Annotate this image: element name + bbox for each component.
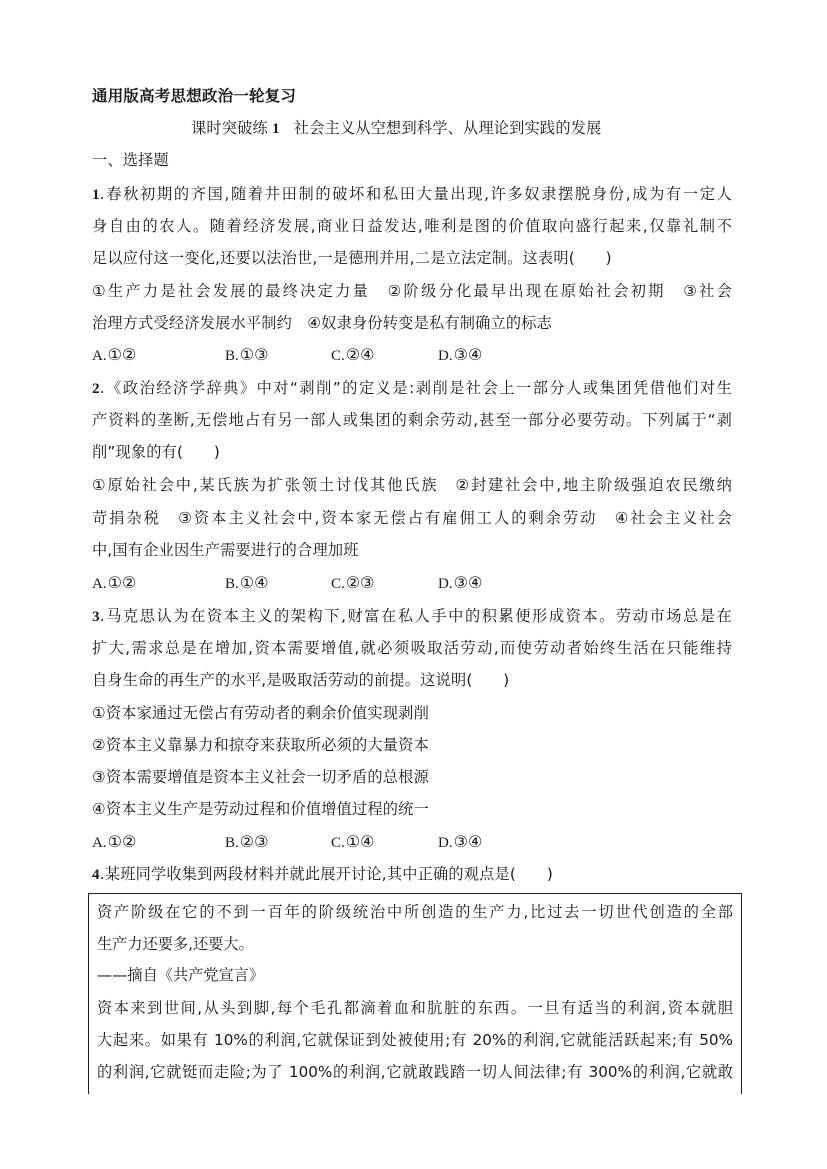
document-page: 通用版高考思想政治一轮复习 课时突破练1社会主义从空想到科学、从理论到实践的发展… <box>0 0 827 1169</box>
lesson-title: 课时突破练1社会主义从空想到科学、从理论到实践的发展 <box>191 118 601 139</box>
section-heading: 一、选择题 <box>92 150 169 170</box>
q1-option-c[interactable]: C.②④ <box>331 345 374 366</box>
lesson-prefix: 课时突破练 <box>191 119 268 137</box>
lesson-title-text: 社会主义从空想到科学、从理论到实践的发展 <box>294 119 602 137</box>
q2-options: A.①② B.①④ C.②③ D.③④ <box>92 573 652 593</box>
q1-stem-line-2: 身自由的农人。随着经济发展,商业日益发达,唯利是图的价值取向盛行起来,仅靠礼制不 <box>92 216 732 236</box>
material-line-2: 生产力还要多,还要大。 <box>97 934 254 954</box>
q4-number: 4 <box>92 866 100 883</box>
q3-statement-1: ①资本家通过无偿占有劳动者的剩余价值实现剥削 <box>92 703 429 723</box>
q2-stem-line-3: 削”现象的有( ) <box>92 442 220 462</box>
q2-option-c[interactable]: C.②③ <box>331 573 374 594</box>
q1-number: 1 <box>92 186 100 203</box>
q3-option-c[interactable]: C.①④ <box>331 832 374 853</box>
q1-stem-line-3: 足以应付这一变化,还要以法治世,一是德刑并用,二是立法定制。这表明( ) <box>92 248 612 268</box>
q3-statement-3: ③资本需要增值是资本主义社会一切矛盾的总根源 <box>92 767 429 787</box>
q1-option-a[interactable]: A.①② <box>92 345 136 366</box>
material-line-5: 大起来。如果有 10%的利润,它就保证到处被使用;有 20%的利润,它就能活跃起… <box>97 1030 733 1050</box>
q3-statement-4: ④资本主义生产是劳动过程和价值增值过程的统一 <box>92 799 429 819</box>
q1-statement-line-2: 治理方式受经济发展水平制约 ④奴隶身份转变是私有制确立的标志 <box>92 313 552 333</box>
q2-number: 2 <box>92 380 100 397</box>
q3-statement-2: ②资本主义靠暴力和掠夺来获取所必须的大量资本 <box>92 735 429 755</box>
q3-options: A.①② B.②③ C.①④ D.③④ <box>92 832 652 852</box>
q3-stem-line-1: 3.马克思认为在资本主义的架构下,财富在私人手中的积累便形成资本。劳动市场总是在 <box>92 606 732 627</box>
q1-options: A.①② B.①③ C.②④ D.③④ <box>92 345 652 365</box>
q2-statement-line-3: 中,国有企业因生产需要进行的合理加班 <box>92 540 359 560</box>
q3-stem-line-3: 自身生命的再生产的水平,是吸取活劳动的前提。这说明( ) <box>92 670 509 690</box>
document-heading: 通用版高考思想政治一轮复习 <box>92 86 296 106</box>
q1-option-d[interactable]: D.③④ <box>438 345 482 366</box>
q2-option-a[interactable]: A.①② <box>92 573 136 594</box>
q1-stem-line-1: 1.春秋初期的齐国,随着井田制的破坏和私田大量出现,许多奴隶摆脱身份,成为有一定… <box>92 184 732 205</box>
material-line-1: 资产阶级在它的不到一百年的阶级统治中所创造的生产力,比过去一切世代创造的全部 <box>97 902 733 922</box>
q2-stem-line-2: 产资料的垄断,无偿地占有另一部人或集团的剩余劳动,甚至一部分必要劳动。下列属于“… <box>92 410 732 430</box>
q3-stem-line-2: 扩大,需求总是在增加,资本需要增值,就必须吸取活劳动,而使劳动者始终生活在只能维… <box>92 638 732 658</box>
q2-stem-line-1: 2.《政治经济学辞典》中对“剥削”的定义是:剥削是社会上一部分人或集团凭借他们对… <box>92 378 732 399</box>
q3-option-b[interactable]: B.②③ <box>225 832 268 853</box>
material-source: ——摘自《共产党宣言》 <box>97 965 264 985</box>
material-line-6: 的利润,它就铤而走险;为了 100%的利润,它就敢践踏一切人间法律;有 300%… <box>97 1062 733 1082</box>
lesson-number: 1 <box>272 120 280 137</box>
q1-statement-line-1: ①生产力是社会发展的最终决定力量 ②阶级分化最早出现在原始社会初期 ③社会 <box>92 281 732 301</box>
q4-stem-line-1: 4.某班同学收集到两段材料并就此展开讨论,其中正确的观点是( ) <box>92 864 553 885</box>
q3-number: 3 <box>92 608 100 625</box>
q2-option-b[interactable]: B.①④ <box>225 573 268 594</box>
q2-statement-line-2: 苛捐杂税 ③资本主义社会中,资本家无偿占有雇佣工人的剩余劳动 ④社会主义社会 <box>92 508 732 528</box>
q3-option-a[interactable]: A.①② <box>92 832 136 853</box>
q2-option-d[interactable]: D.③④ <box>438 573 482 594</box>
q1-option-b[interactable]: B.①③ <box>225 345 268 366</box>
q3-option-d[interactable]: D.③④ <box>438 832 482 853</box>
q4-material-box: 资产阶级在它的不到一百年的阶级统治中所创造的生产力,比过去一切世代创造的全部 生… <box>88 893 742 1094</box>
q2-statement-line-1: ①原始社会中,某氏族为扩张领土讨伐其他氏族 ②封建社会中,地主阶级强迫农民缴纳 <box>92 475 732 495</box>
material-line-4: 资本来到世间,从头到脚,每个毛孔都滴着血和肮脏的东西。一旦有适当的利润,资本就胆 <box>97 998 733 1018</box>
